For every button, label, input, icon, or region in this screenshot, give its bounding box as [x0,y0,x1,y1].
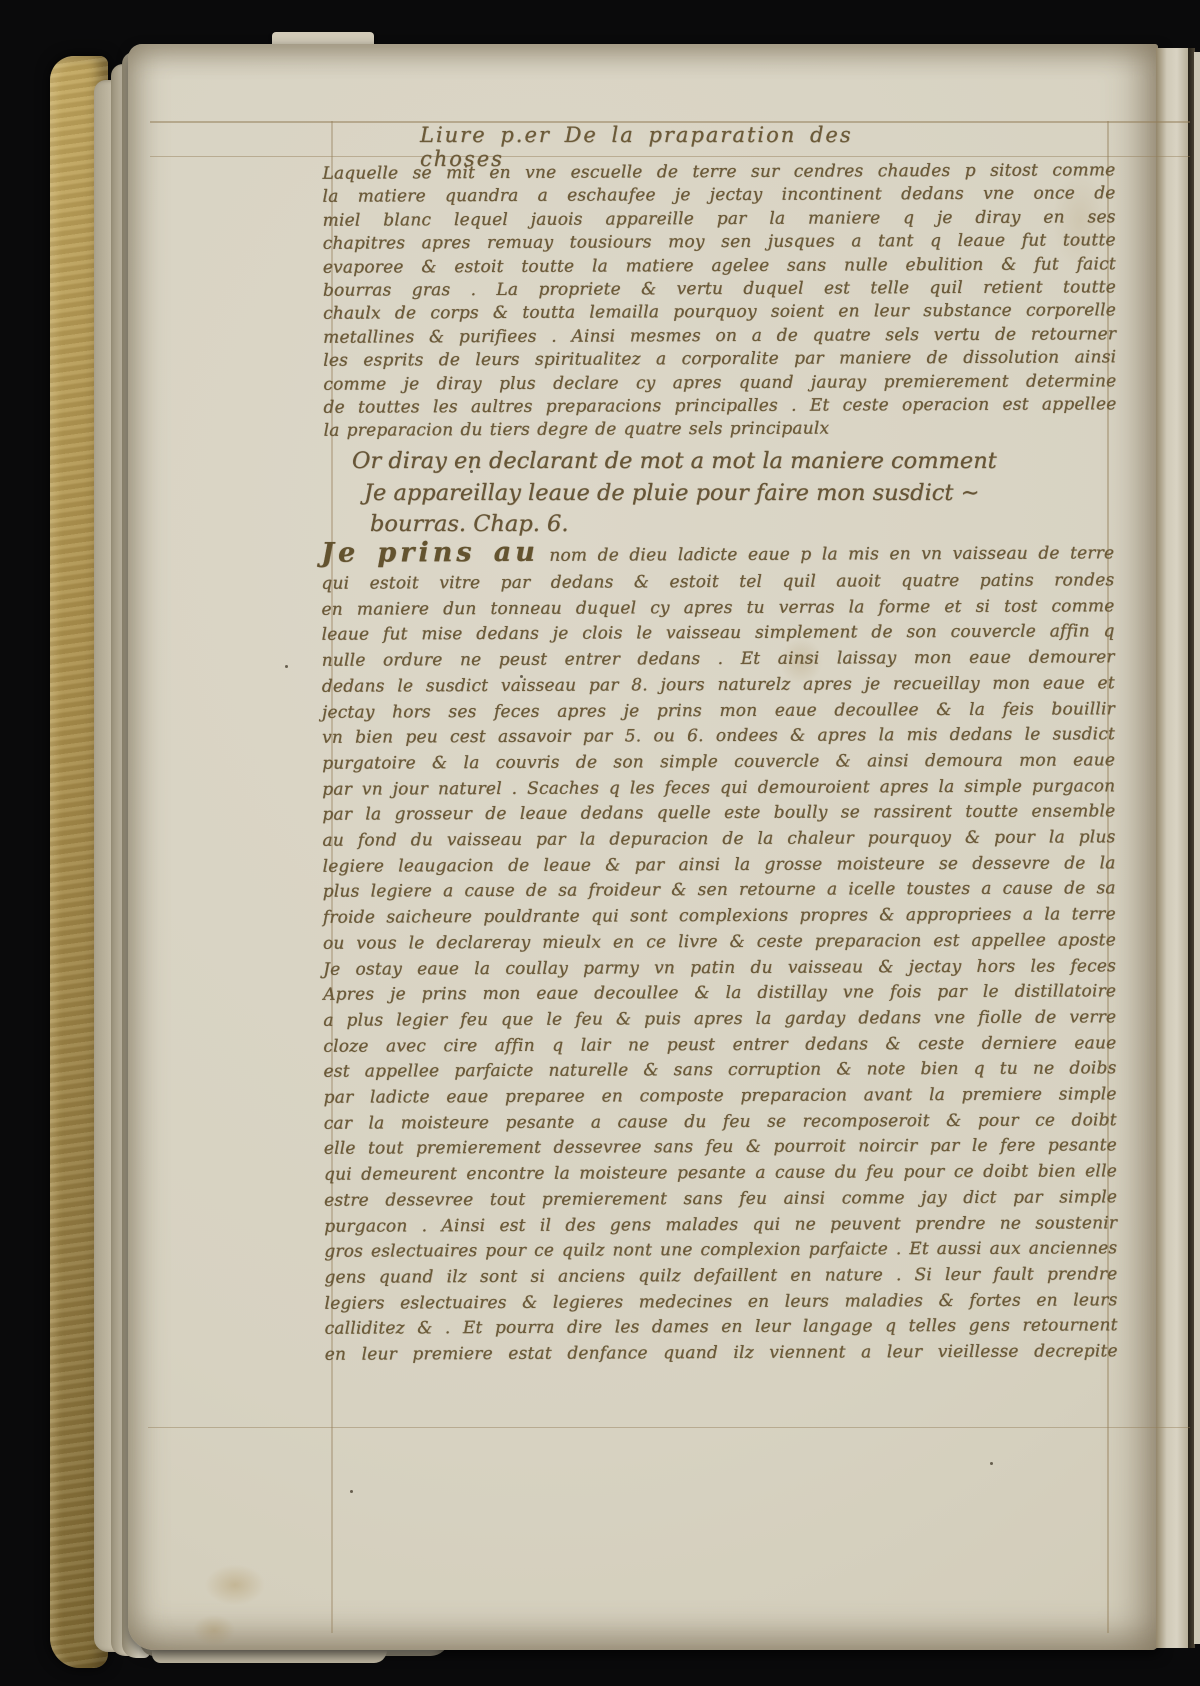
manuscript-line: legiers eslectuaires & legieres medecine… [324,1288,1117,1317]
chapter-heading: Or diray en declarant de mot a mot la ma… [352,446,1072,541]
manuscript-line: plus legiere a cause de sa froideur & se… [323,877,1116,906]
manuscript-line: qui demeurent encontre la moisteure pesa… [324,1159,1117,1188]
manuscript-line: comme je diray plus declare cy apres qua… [323,370,1116,397]
manuscript-line: a plus legier feu que le feu & puis apre… [323,1005,1116,1034]
text-block-1: Laquelle se mit en vne escuelle de terre… [322,159,1116,443]
manuscript-line: purgacon . Ainsi est il des gens malades… [324,1211,1117,1240]
manuscript-line: vn bien peu cest assavoir par 5. ou 6. o… [322,722,1115,751]
manuscript-line: au fond du vaisseau par la depuracion de… [322,825,1115,854]
manuscript-line: la matiere quandra a eschaufee je jectay… [322,183,1115,210]
manuscript-line: par ladicte eaue preparee en composte pr… [324,1082,1117,1111]
manuscript-line: Je ostay eaue la coullay parmy vn patin … [323,954,1116,983]
manuscript-line: estre dessevree tout premierement sans f… [324,1185,1117,1214]
manuscript-line: gens quand ilz sont si anciens quilz def… [324,1262,1117,1291]
manuscript-line: froide saicheure pouldrante qui sont com… [323,902,1116,931]
speck [285,665,288,668]
manuscript-line: de touttes les aultres preparacions prin… [323,393,1116,420]
manuscript-line: miel blanc lequel jauois appareille par … [323,206,1116,233]
manuscript-line: par vn jour naturel . Scaches q les fece… [322,774,1115,803]
speck [350,1490,353,1493]
manuscript-line: gros eslectuaires pour ce quilz nont une… [324,1237,1117,1266]
manuscript-line: chaulx de corps & toutta lemailla pourqu… [323,300,1116,327]
manuscript-line: par la grosseur de leaue dedans quelle e… [322,800,1115,829]
manuscript-line: leaue fut mise dedans je clois le vaisse… [322,620,1115,649]
manuscript-line: en leur premiere estat denfance quand il… [325,1339,1118,1368]
text-block-2: Je prins au nom de dieu ladicte eaue p l… [321,535,1118,1368]
manuscript-line: jectay hors ses feces apres je prins mon… [322,697,1115,726]
manuscript-line: cloze avec cire affin q lair ne peust en… [323,1031,1116,1060]
manuscript-line: qui estoit vitre par dedans & estoit tel… [321,568,1114,597]
speck [990,1462,993,1465]
manuscript-line: car la moisteure pesante a cause du feu … [324,1108,1117,1137]
manuscript-line: Apres je prins mon eaue decoullee & la d… [323,980,1116,1009]
ruled-line-bottom [148,1427,1190,1428]
manuscript-photo: Liure p.er De la praparation des choses … [0,0,1200,1686]
manuscript-line: est appellee parfaicte naturelle & sans … [323,1057,1116,1086]
manuscript-line: purgatoire & la couvris de son simple co… [322,748,1115,777]
manuscript-line: chapitres apres remuay tousiours moy sen… [323,229,1116,256]
manuscript-line: bourras gras . La propriete & vertu duqu… [323,276,1116,303]
manuscript-line: metallines & purifiees . Ainsi mesmes on… [323,323,1116,350]
manuscript-line: ou vous le declareray mieulx en ce livre… [323,928,1116,957]
text-block-2-lines: qui estoit vitre par dedans & estoit tel… [321,568,1117,1368]
paragraph-first-line-rest: nom de dieu ladicte eaue p la mis en vn … [549,543,1114,565]
manuscript-line: en maniere dun tonneau duquel cy apres t… [321,594,1114,623]
manuscript-line: legiere leaugacion de leaue & par ainsi … [323,851,1116,880]
paragraph-incipit: Je prins au [321,537,539,569]
manuscript-line: la preparacion du tiers degre de quatre … [324,417,1117,444]
page-edge-bottom [152,1650,387,1663]
adjacent-page-edge [1194,52,1200,1644]
manuscript-line: nulle ordure ne peust entrer dedans . Et… [322,645,1115,674]
manuscript-line: calliditez & . Et pourra dire les dames … [325,1314,1118,1343]
chapter-heading-line: Or diray en declarant de mot a mot la ma… [352,446,1072,478]
manuscript-line: les esprits de leurs spiritualitez a cor… [323,347,1116,374]
manuscript-line: evaporee & estoit toutte la matiere agel… [323,253,1116,280]
manuscript-line: dedans le susdict vaisseau par 8. jours … [322,671,1115,700]
manuscript-line: elle tout premierement dessevree sans fe… [324,1134,1117,1163]
gutter-fold [1156,48,1192,1648]
manuscript-line: Laquelle se mit en vne escuelle de terre… [322,159,1115,186]
chapter-heading-line: Je appareillay leaue de pluie pour faire… [352,478,1072,510]
paragraph-first-line: Je prins au nom de dieu ladicte eaue p l… [321,535,1114,571]
